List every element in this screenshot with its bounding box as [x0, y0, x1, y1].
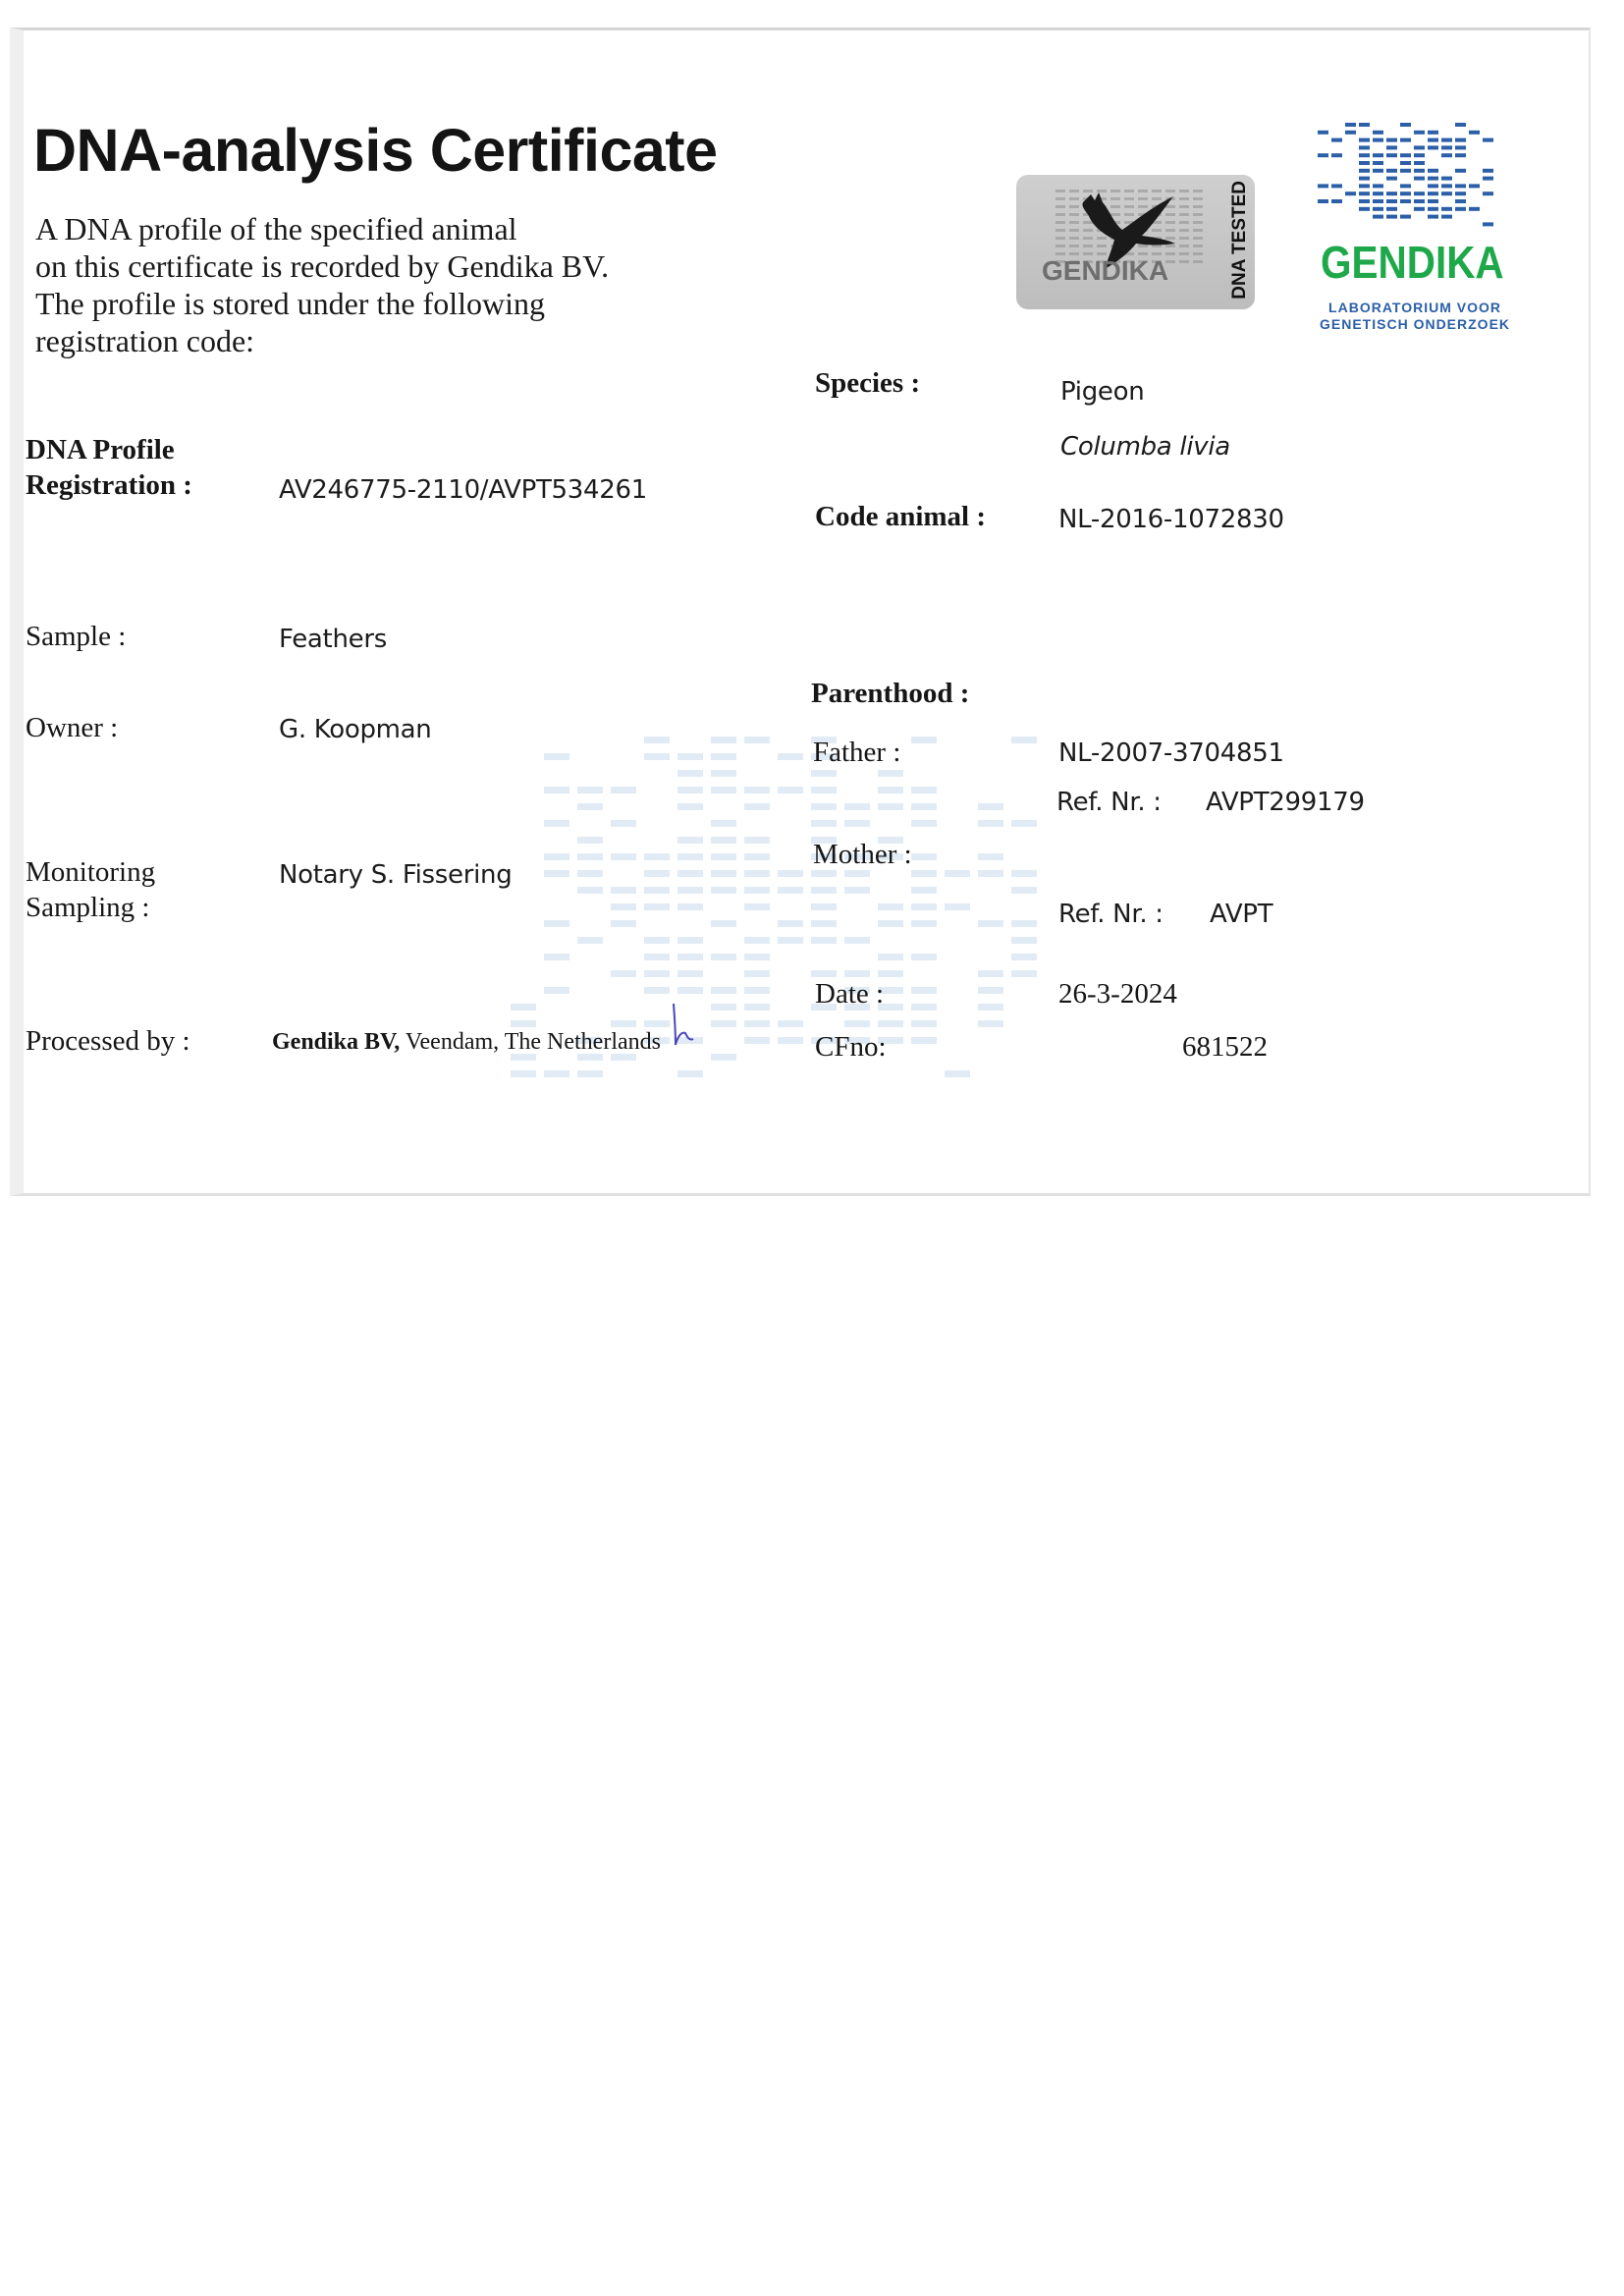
species-common-name: Pigeon — [1060, 377, 1144, 407]
logo-subtitle-line: LABORATORIUM VOOR — [1320, 300, 1510, 316]
sticker-caption: DNA TESTED — [1229, 181, 1251, 300]
monitoring-value: Notary S. Fissering — [279, 860, 512, 890]
registration-value: AV246775-2110/AVPT534261 — [279, 475, 647, 505]
registration-label-line: Registration : — [26, 467, 192, 503]
monitoring-label-line: Sampling : — [26, 890, 155, 925]
intro-line: registration code: — [35, 322, 609, 359]
monitoring-label-line: Monitoring — [26, 854, 155, 890]
signature-mark-icon — [664, 1002, 703, 1051]
species-latin-name: Columba livia — [1060, 432, 1230, 462]
cfno-label: CFno: — [815, 1029, 887, 1065]
intro-line: on this certificate is recorded by Gendi… — [35, 247, 609, 285]
father-label: Father : — [813, 735, 900, 770]
code-animal-label: Code animal : — [815, 499, 986, 534]
dna-bars-logo-icon — [1318, 123, 1494, 231]
father-ref-value: AVPT299179 — [1206, 788, 1365, 817]
logo-subtitle-line: GENETISCH ONDERZOEK — [1320, 316, 1510, 333]
code-animal-value: NL-2016-1072830 — [1058, 505, 1284, 534]
logo-subtitle: LABORATORIUM VOOR GENETISCH ONDERZOEK — [1320, 300, 1510, 333]
processed-by-value: Gendika BV, Veendam, The Netherlands — [272, 1029, 661, 1056]
processed-by-company: Gendika BV, — [272, 1029, 400, 1055]
mother-ref-value: AVPT — [1210, 900, 1272, 929]
registration-label: DNA Profile Registration : — [26, 432, 192, 503]
parenthood-label: Parenthood : — [811, 676, 969, 711]
registration-label-line: DNA Profile — [26, 432, 192, 467]
sample-value: Feathers — [279, 625, 387, 654]
monitoring-label: Monitoring Sampling : — [26, 854, 155, 925]
mother-label: Mother : — [813, 837, 912, 872]
cfno-value: 681522 — [1182, 1031, 1268, 1064]
owner-label: Owner : — [26, 710, 118, 745]
dna-tested-sticker: GENDIKA DNA TESTED — [1016, 175, 1255, 309]
mother-ref-label: Ref. Nr. : — [1058, 900, 1164, 929]
intro-text: A DNA profile of the specified animal on… — [35, 210, 609, 359]
owner-value: G. Koopman — [279, 715, 432, 744]
sticker-brand: GENDIKA — [1042, 255, 1168, 287]
father-ref-label: Ref. Nr. : — [1056, 788, 1162, 817]
processed-by-label: Processed by : — [26, 1023, 190, 1059]
date-label: Date : — [815, 976, 884, 1011]
species-label: Species : — [815, 365, 920, 401]
date-value: 26-3-2024 — [1058, 978, 1177, 1011]
father-value: NL-2007-3704851 — [1058, 738, 1284, 768]
intro-line: The profile is stored under the followin… — [35, 285, 609, 322]
intro-line: A DNA profile of the specified animal — [35, 210, 609, 247]
logo-name: GENDIKA — [1321, 236, 1504, 289]
sample-label: Sample : — [26, 619, 126, 654]
processed-by-location: Veendam, The Netherlands — [400, 1029, 661, 1055]
certificate-title: DNA-analysis Certificate — [33, 116, 718, 185]
